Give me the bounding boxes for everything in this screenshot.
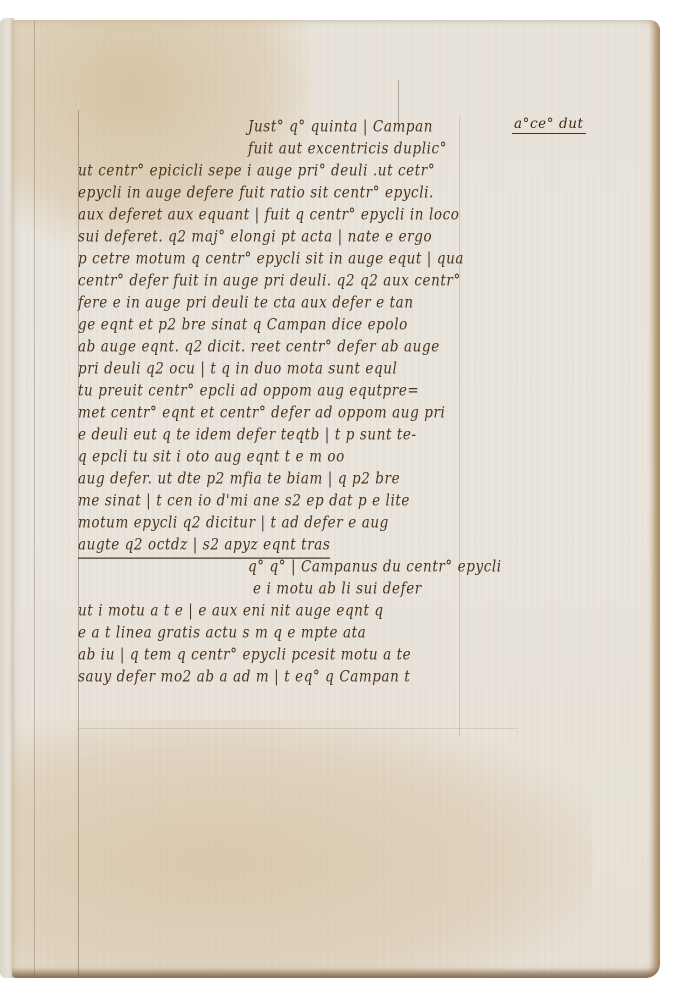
water-stain-bottom — [12, 720, 592, 978]
ruling-line-bottom — [78, 728, 518, 729]
page-edge-bottom — [12, 968, 660, 978]
page-edge-right — [650, 20, 660, 978]
ruling-line-gutter — [34, 20, 35, 978]
manuscript-folio: a°ce° dut Just° q° quinta | Campanfuit a… — [12, 20, 660, 978]
marginal-note: a°ce° dut — [512, 116, 586, 134]
manuscript-line: sauy defer mo2 ab a ad m | t eq° q Campa… — [78, 664, 410, 689]
